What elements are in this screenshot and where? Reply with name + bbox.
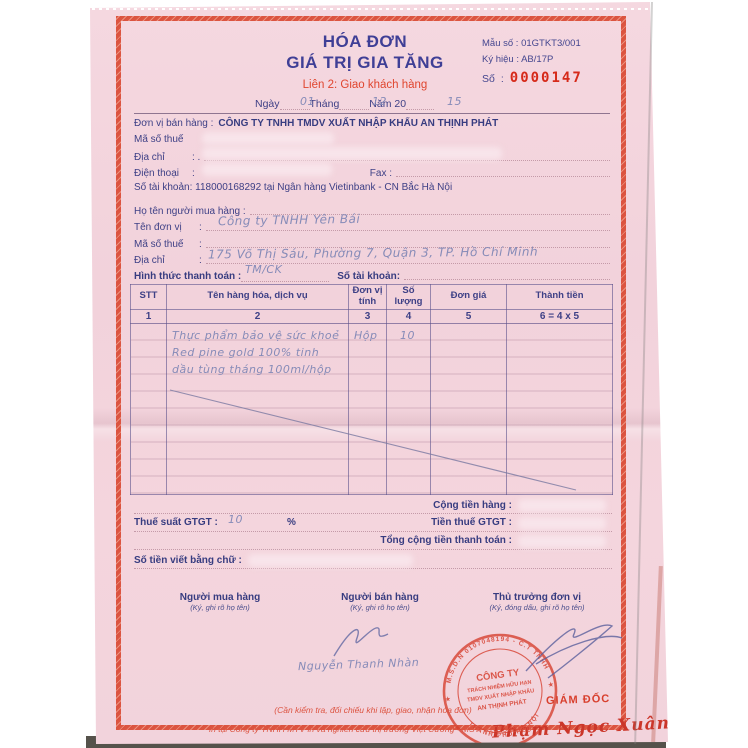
seller-fax-line [396, 166, 610, 177]
invoice-number-line: Số : 0000147 [482, 70, 583, 86]
col-header-unit: Đơn vị tính [349, 285, 387, 310]
percent-sign: % [287, 517, 296, 528]
buyer-signature-note: (Ký, ghi rõ họ tên) [140, 603, 300, 612]
vat-rate-handwritten: 10 [228, 513, 243, 526]
buyer-name-row: Họ tên người mua hàng : [134, 204, 612, 217]
buyer-account-label: Số tài khoản: [337, 271, 400, 282]
totals-line-3 [134, 549, 612, 550]
seller-phone-redacted [202, 163, 332, 176]
payment-row: Hình thức thanh toán : Số tài khoản: [134, 269, 612, 282]
seller-signature-block: Người bán hàng (Ký, ghi rõ họ tên) [300, 592, 460, 612]
seller-unit-row: Đơn vị bán hàng : CÔNG TY TNHH TMDV XUẤT… [134, 118, 612, 129]
seller-unit-name: CÔNG TY TNHH TMDV XUẤT NHẬP KHẨU AN THỊN… [218, 118, 498, 129]
seller-address-redacted [202, 147, 502, 160]
buyer-unit-label: Tên đơn vị [134, 222, 199, 233]
form-number-line: Mẫu số : 01GTKT3/001 [482, 38, 581, 49]
form-number-value: 01GTKT3/001 [521, 38, 581, 49]
col-number-1: 1 [131, 309, 167, 323]
stamp-star-left: ★ [444, 695, 451, 704]
col-number-2: 2 [167, 309, 349, 323]
buyer-address-colon: : [199, 255, 202, 266]
buyer-unit-colon: : [199, 222, 202, 233]
seller-unit-label: Đơn vị bán hàng : [134, 118, 213, 129]
director-signature-mark [518, 616, 630, 686]
seller-account-line: Số tài khoản: 118000168292 tại Ngân hàng… [134, 182, 452, 193]
amount-words-label: Số tiền viết bằng chữ : [134, 555, 242, 566]
col-header-quantity: Số lượng [387, 285, 431, 310]
void-strike-line [130, 326, 612, 496]
invoice-copy-line: Liên 2: Giao khách hàng [240, 79, 490, 91]
perforation-edge [92, 8, 648, 10]
date-month-slot [339, 99, 369, 110]
buyer-address-label: Địa chỉ [134, 255, 199, 266]
vat-amount-label: Tiền thuế GTGT : [400, 517, 512, 528]
col-header-description: Tên hàng hóa, dịch vụ [167, 285, 349, 310]
payment-handwritten: TM/CK [245, 263, 282, 276]
date-year-handwritten: 15 [447, 95, 462, 108]
vat-rate-label: Thuế suất GTGT : [134, 517, 218, 528]
seller-account-row: Số tài khoản: 118000168292 tại Ngân hàng… [134, 182, 612, 193]
subtotal-label: Cộng tiền hàng : [400, 500, 512, 511]
date-day-label: Ngày [255, 98, 280, 110]
buyer-signature-block: Người mua hàng (Ký, ghi rõ họ tên) [140, 592, 300, 612]
items-colnumber-row: 1 2 3 4 5 6 = 4 x 5 [131, 309, 613, 323]
form-number-label: Mẫu số : [482, 38, 521, 49]
col-number-5: 5 [431, 309, 507, 323]
check-note: (Cần kiểm tra, đối chiếu khi lập, giao, … [134, 705, 612, 715]
col-number-4: 4 [387, 309, 431, 323]
subtotal-redacted [518, 499, 606, 512]
buyer-unit-row: Tên đơn vị : [134, 220, 612, 233]
payment-label: Hình thức thanh toán : [134, 271, 241, 282]
invoice-number-label: Số [482, 73, 495, 85]
col-header-amount: Thành tiền [507, 285, 613, 310]
buyer-taxcode-colon: : [199, 239, 202, 250]
director-signature-block: Thủ trưởng đơn vị (Ký, đóng dấu, ghi rõ … [452, 592, 622, 612]
serial-line: Ký hiệu : AB/17P [482, 54, 553, 65]
totals-line-4 [134, 568, 612, 569]
vat-amount-redacted [518, 517, 606, 530]
date-day-handwritten: 01 [300, 95, 315, 108]
grand-total-label: Tổng cộng tiền thanh toán : [330, 535, 512, 546]
col-number-3: 3 [349, 309, 387, 323]
seller-taxcode-redacted [202, 132, 334, 145]
director-signature-title: Thủ trưởng đơn vị [452, 592, 622, 603]
header-separator [134, 113, 610, 114]
col-header-stt: STT [131, 285, 167, 310]
seller-phone-colon: : [192, 168, 195, 179]
invoice-number-value: 0000147 [510, 70, 583, 86]
buyer-signature-title: Người mua hàng [140, 592, 300, 603]
seller-address-colon: : . [192, 152, 200, 163]
col-header-unitprice: Đơn giá [431, 285, 507, 310]
invoice-title-line1: HÓA ĐƠN [240, 32, 490, 52]
buyer-unit-handwritten: Công ty TNHH Yên Bái [218, 212, 361, 228]
totals-line-1 [134, 513, 612, 514]
serial-value: AB/17P [521, 54, 553, 65]
seller-signature-title: Người bán hàng [300, 592, 460, 603]
col-number-6: 6 = 4 x 5 [507, 309, 613, 323]
buyer-taxcode-label: Mã số thuế [134, 239, 199, 250]
seller-phone-label: Điện thoại [134, 168, 192, 179]
serial-label: Ký hiệu : [482, 54, 521, 65]
date-year-slot [406, 99, 434, 110]
seller-address-label: Địa chỉ [134, 152, 192, 163]
grand-total-redacted [518, 535, 606, 548]
invoice-number-colon: : [501, 73, 504, 85]
director-signature-note: (Ký, đóng dấu, ghi rõ họ tên) [452, 603, 622, 612]
seller-taxcode-label: Mã số thuế [134, 134, 183, 145]
seller-signature-note: (Ký, ghi rõ họ tên) [300, 603, 460, 612]
buyer-address-handwritten: 175 Võ Thị Sáu, Phường 7, Quận 3, TP. Hồ… [208, 245, 538, 262]
amount-words-redacted [248, 554, 413, 567]
printer-note: In tại Công ty TNHH MTV in và nghiên cứu… [120, 724, 620, 734]
date-month-handwritten: 12 [372, 95, 387, 108]
totals-line-2 [134, 531, 612, 532]
seller-fax-label: Fax : [370, 168, 392, 179]
buyer-account-line [404, 269, 610, 280]
invoice-photo: HÓA ĐƠN GIÁ TRỊ GIA TĂNG Liên 2: Giao kh… [0, 0, 748, 748]
invoice-title-line2: GIÁ TRỊ GIA TĂNG [240, 53, 490, 73]
items-header-row: STT Tên hàng hóa, dịch vụ Đơn vị tính Số… [131, 285, 613, 310]
